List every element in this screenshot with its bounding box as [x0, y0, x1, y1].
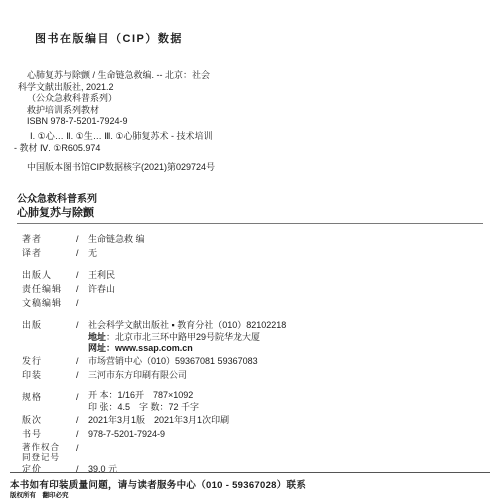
info-label: 版次 — [22, 413, 76, 427]
info-row-printing: 印装 / 三河市东方印刷有限公司 — [22, 368, 490, 382]
quality-notice: 本书如有印装质量问题，请与读者服务中心（010 - 59367028）联系 — [10, 477, 306, 491]
info-label: 出版人 — [22, 268, 76, 282]
spacer — [22, 310, 490, 318]
publisher-website-line: 网址：www.ssap.com.cn — [88, 343, 490, 354]
info-separator: / — [76, 282, 88, 296]
info-row-translator: 译者 / 无 — [22, 246, 490, 260]
copyright-reg-label-line2: 同登记号 — [22, 452, 60, 462]
info-separator: / — [76, 390, 88, 404]
info-value: 39.0 元 — [88, 462, 490, 476]
info-separator: / — [76, 462, 88, 476]
info-row-author: 著者 / 生命链急救 编 — [22, 232, 490, 246]
info-label: 出版 — [22, 318, 76, 332]
cip-record-line: （公众急救科普系列） — [18, 93, 210, 105]
cip-record-line: 救护培训系列教材 — [18, 105, 210, 117]
title-block: 公众急救科普系列 心肺复苏与除颤 — [17, 194, 483, 224]
info-label: 著者 — [22, 232, 76, 246]
info-row-spec: 规格 / 开 本：1/16开 787×1092 印 张：4.5 字 数：72 千… — [22, 390, 490, 413]
info-label: 译者 — [22, 246, 76, 260]
cip-header: 图书在版编目（CIP）数据 — [35, 30, 183, 46]
info-label: 发行 — [22, 354, 76, 368]
copyright-reg-label-line1: 著作权合 — [22, 442, 60, 452]
book-colophon-page: 图书在版编目（CIP）数据 心肺复苏与除颤 / 生命链急救编. -- 北京：社会… — [0, 0, 500, 500]
info-value: 三河市东方印刷有限公司 — [88, 368, 490, 382]
publishing-house-line: 社会科学文献出版社 ▪ 教育分社（010）82102218 — [88, 318, 490, 332]
website-label: 网址 — [88, 343, 106, 353]
info-row-responsible-editor: 责任编辑 / 许春山 — [22, 282, 490, 296]
info-separator: / — [76, 354, 88, 368]
info-value: 市场营销中心（010）59367081 59367083 — [88, 354, 490, 368]
address-text: ：北京市北三环中路甲29号院华龙大厦 — [106, 332, 260, 342]
address-label: 地址 — [88, 332, 106, 342]
info-label: 著作权合 同登记号 — [22, 441, 76, 462]
info-separator: / — [76, 441, 88, 455]
cip-record-line: 科学文献出版社, 2021.2 — [18, 82, 210, 94]
info-row-publishing: 出版 / 社会科学文献出版社 ▪ 教育分社（010）82102218 地址：北京… — [22, 318, 490, 354]
info-separator: / — [76, 318, 88, 332]
info-label: 印装 — [22, 368, 76, 382]
info-value: 无 — [88, 246, 490, 260]
spacer — [22, 260, 490, 268]
info-row-price: 定价 / 39.0 元 — [22, 462, 490, 476]
info-separator: / — [76, 232, 88, 246]
info-label: 规格 — [22, 390, 76, 404]
cip-classification-line: - 教材 Ⅳ. ①R605.974 — [14, 143, 213, 155]
info-value: 开 本：1/16开 787×1092 印 张：4.5 字 数：72 千字 — [88, 390, 490, 413]
copyright-notice: 版权所有 翻印必究 — [10, 490, 69, 499]
spacer — [22, 382, 490, 390]
website-url: ：www.ssap.com.cn — [106, 343, 193, 353]
title-divider — [17, 223, 483, 224]
info-label: 文稿编辑 — [22, 296, 76, 310]
info-label: 书号 — [22, 427, 76, 441]
series-title: 公众急救科普系列 — [17, 194, 483, 206]
info-separator: / — [76, 268, 88, 282]
info-value: 王利民 — [88, 268, 490, 282]
info-value: 社会科学文献出版社 ▪ 教育分社（010）82102218 地址：北京市北三环中… — [88, 318, 490, 354]
cip-record-block: 心肺复苏与除颤 / 生命链急救编. -- 北京：社会 科学文献出版社, 2021… — [18, 70, 210, 128]
info-value: 生命链急救 编 — [88, 232, 490, 246]
cip-isbn-line: ISBN 978-7-5201-7924-9 — [18, 116, 210, 128]
spec-sheets-line: 印 张：4.5 字 数：72 千字 — [88, 402, 490, 414]
info-row-distribution: 发行 / 市场营销中心（010）59367081 59367083 — [22, 354, 490, 368]
info-row-copyright-reg: 著作权合 同登记号 / — [22, 441, 490, 462]
cip-record-line: 心肺复苏与除颤 / 生命链急救编. -- 北京：社会 — [18, 70, 210, 82]
cip-classification-line: Ⅰ. ①心… Ⅱ. ①生… Ⅲ. ①心肺复苏术 - 技术培训 — [14, 131, 213, 143]
info-separator: / — [76, 413, 88, 427]
info-separator: / — [76, 368, 88, 382]
cip-record-number: 中国版本图书馆CIP数据核字(2021)第029724号 — [27, 160, 215, 173]
publication-info-list: 著者 / 生命链急救 编 译者 / 无 出版人 / 王利民 责任编辑 / 许春山… — [22, 232, 490, 476]
info-label: 定价 — [22, 462, 76, 476]
bottom-divider — [10, 472, 490, 473]
info-separator: / — [76, 246, 88, 260]
publisher-address-line: 地址：北京市北三环中路甲29号院华龙大厦 — [88, 332, 490, 343]
book-title: 心肺复苏与除颤 — [17, 207, 483, 220]
info-row-isbn: 书号 / 978-7-5201-7924-9 — [22, 427, 490, 441]
info-value: 2021年3月1版 2021年3月1次印刷 — [88, 413, 490, 427]
info-value: 978-7-5201-7924-9 — [88, 427, 490, 441]
spec-format-line: 开 本：1/16开 787×1092 — [88, 390, 490, 402]
cip-classification-block: Ⅰ. ①心… Ⅱ. ①生… Ⅲ. ①心肺复苏术 - 技术培训 - 教材 Ⅳ. ①… — [14, 131, 213, 154]
info-separator: / — [76, 427, 88, 441]
info-row-publisher-person: 出版人 / 王利民 — [22, 268, 490, 282]
info-row-edition: 版次 / 2021年3月1版 2021年3月1次印刷 — [22, 413, 490, 427]
info-value: 许春山 — [88, 282, 490, 296]
info-row-copy-editor: 文稿编辑 / — [22, 296, 490, 310]
info-separator: / — [76, 296, 88, 310]
info-label: 责任编辑 — [22, 282, 76, 296]
